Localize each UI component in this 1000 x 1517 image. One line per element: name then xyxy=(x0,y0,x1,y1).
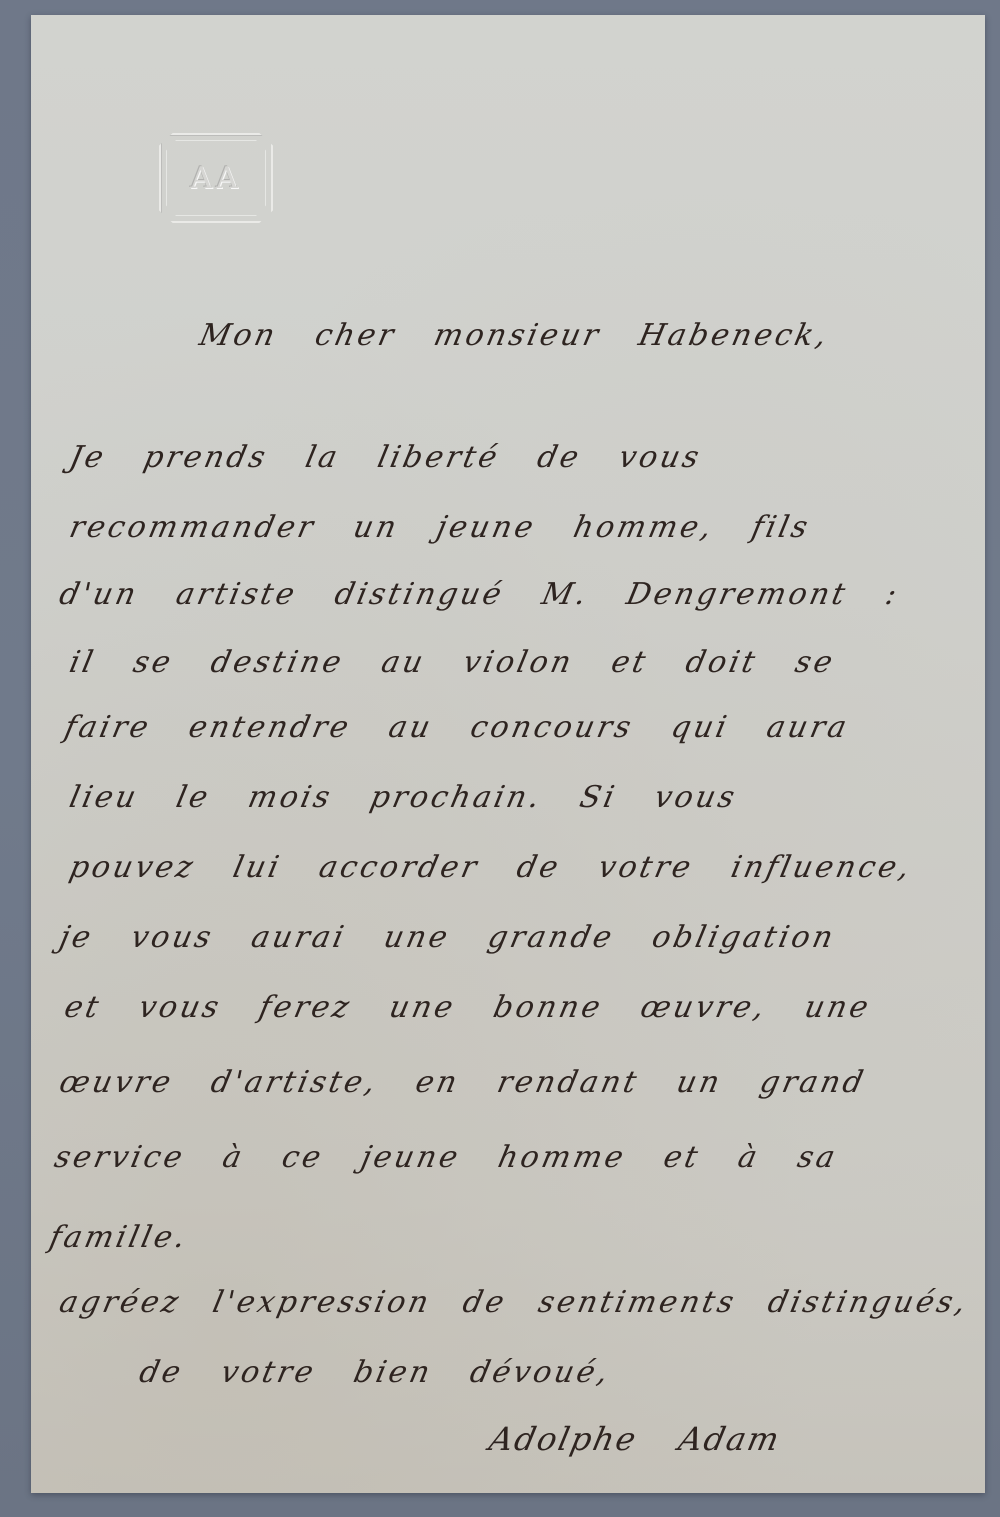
body-line: lieu le mois prochain. Si vous xyxy=(66,780,740,815)
body-line: je vous aurai une grande obligation xyxy=(56,920,839,955)
salutation: Mon cher monsieur Habeneck, xyxy=(196,318,832,353)
body-line: pouvez lui accorder de votre influence, xyxy=(66,850,915,885)
embossed-monogram: AA xyxy=(159,133,273,223)
body-line: service à ce jeune homme et à sa xyxy=(51,1140,841,1175)
body-line: et vous ferez une bonne œuvre, une xyxy=(61,990,874,1025)
body-line: il se destine au violon et doit se xyxy=(66,645,838,680)
body-line: Je prends la liberté de vous xyxy=(66,440,705,475)
body-line: œuvre d'artiste, en rendant un grand xyxy=(56,1065,869,1100)
body-line: famille. xyxy=(46,1220,191,1255)
body-line: recommander un jeune homme, fils xyxy=(66,510,813,545)
body-line: faire entendre au concours qui aura xyxy=(61,710,852,745)
body-line: d'un artiste distingué M. Dengremont : xyxy=(56,577,902,612)
signature: Adolphe Adam xyxy=(486,1420,784,1458)
letter-paper: AA xyxy=(31,15,985,1493)
closing-line: agréez l'expression de sentiments distin… xyxy=(56,1285,971,1320)
closing-line: de votre bien dévoué, xyxy=(136,1355,614,1390)
monogram-text: AA xyxy=(190,161,241,196)
